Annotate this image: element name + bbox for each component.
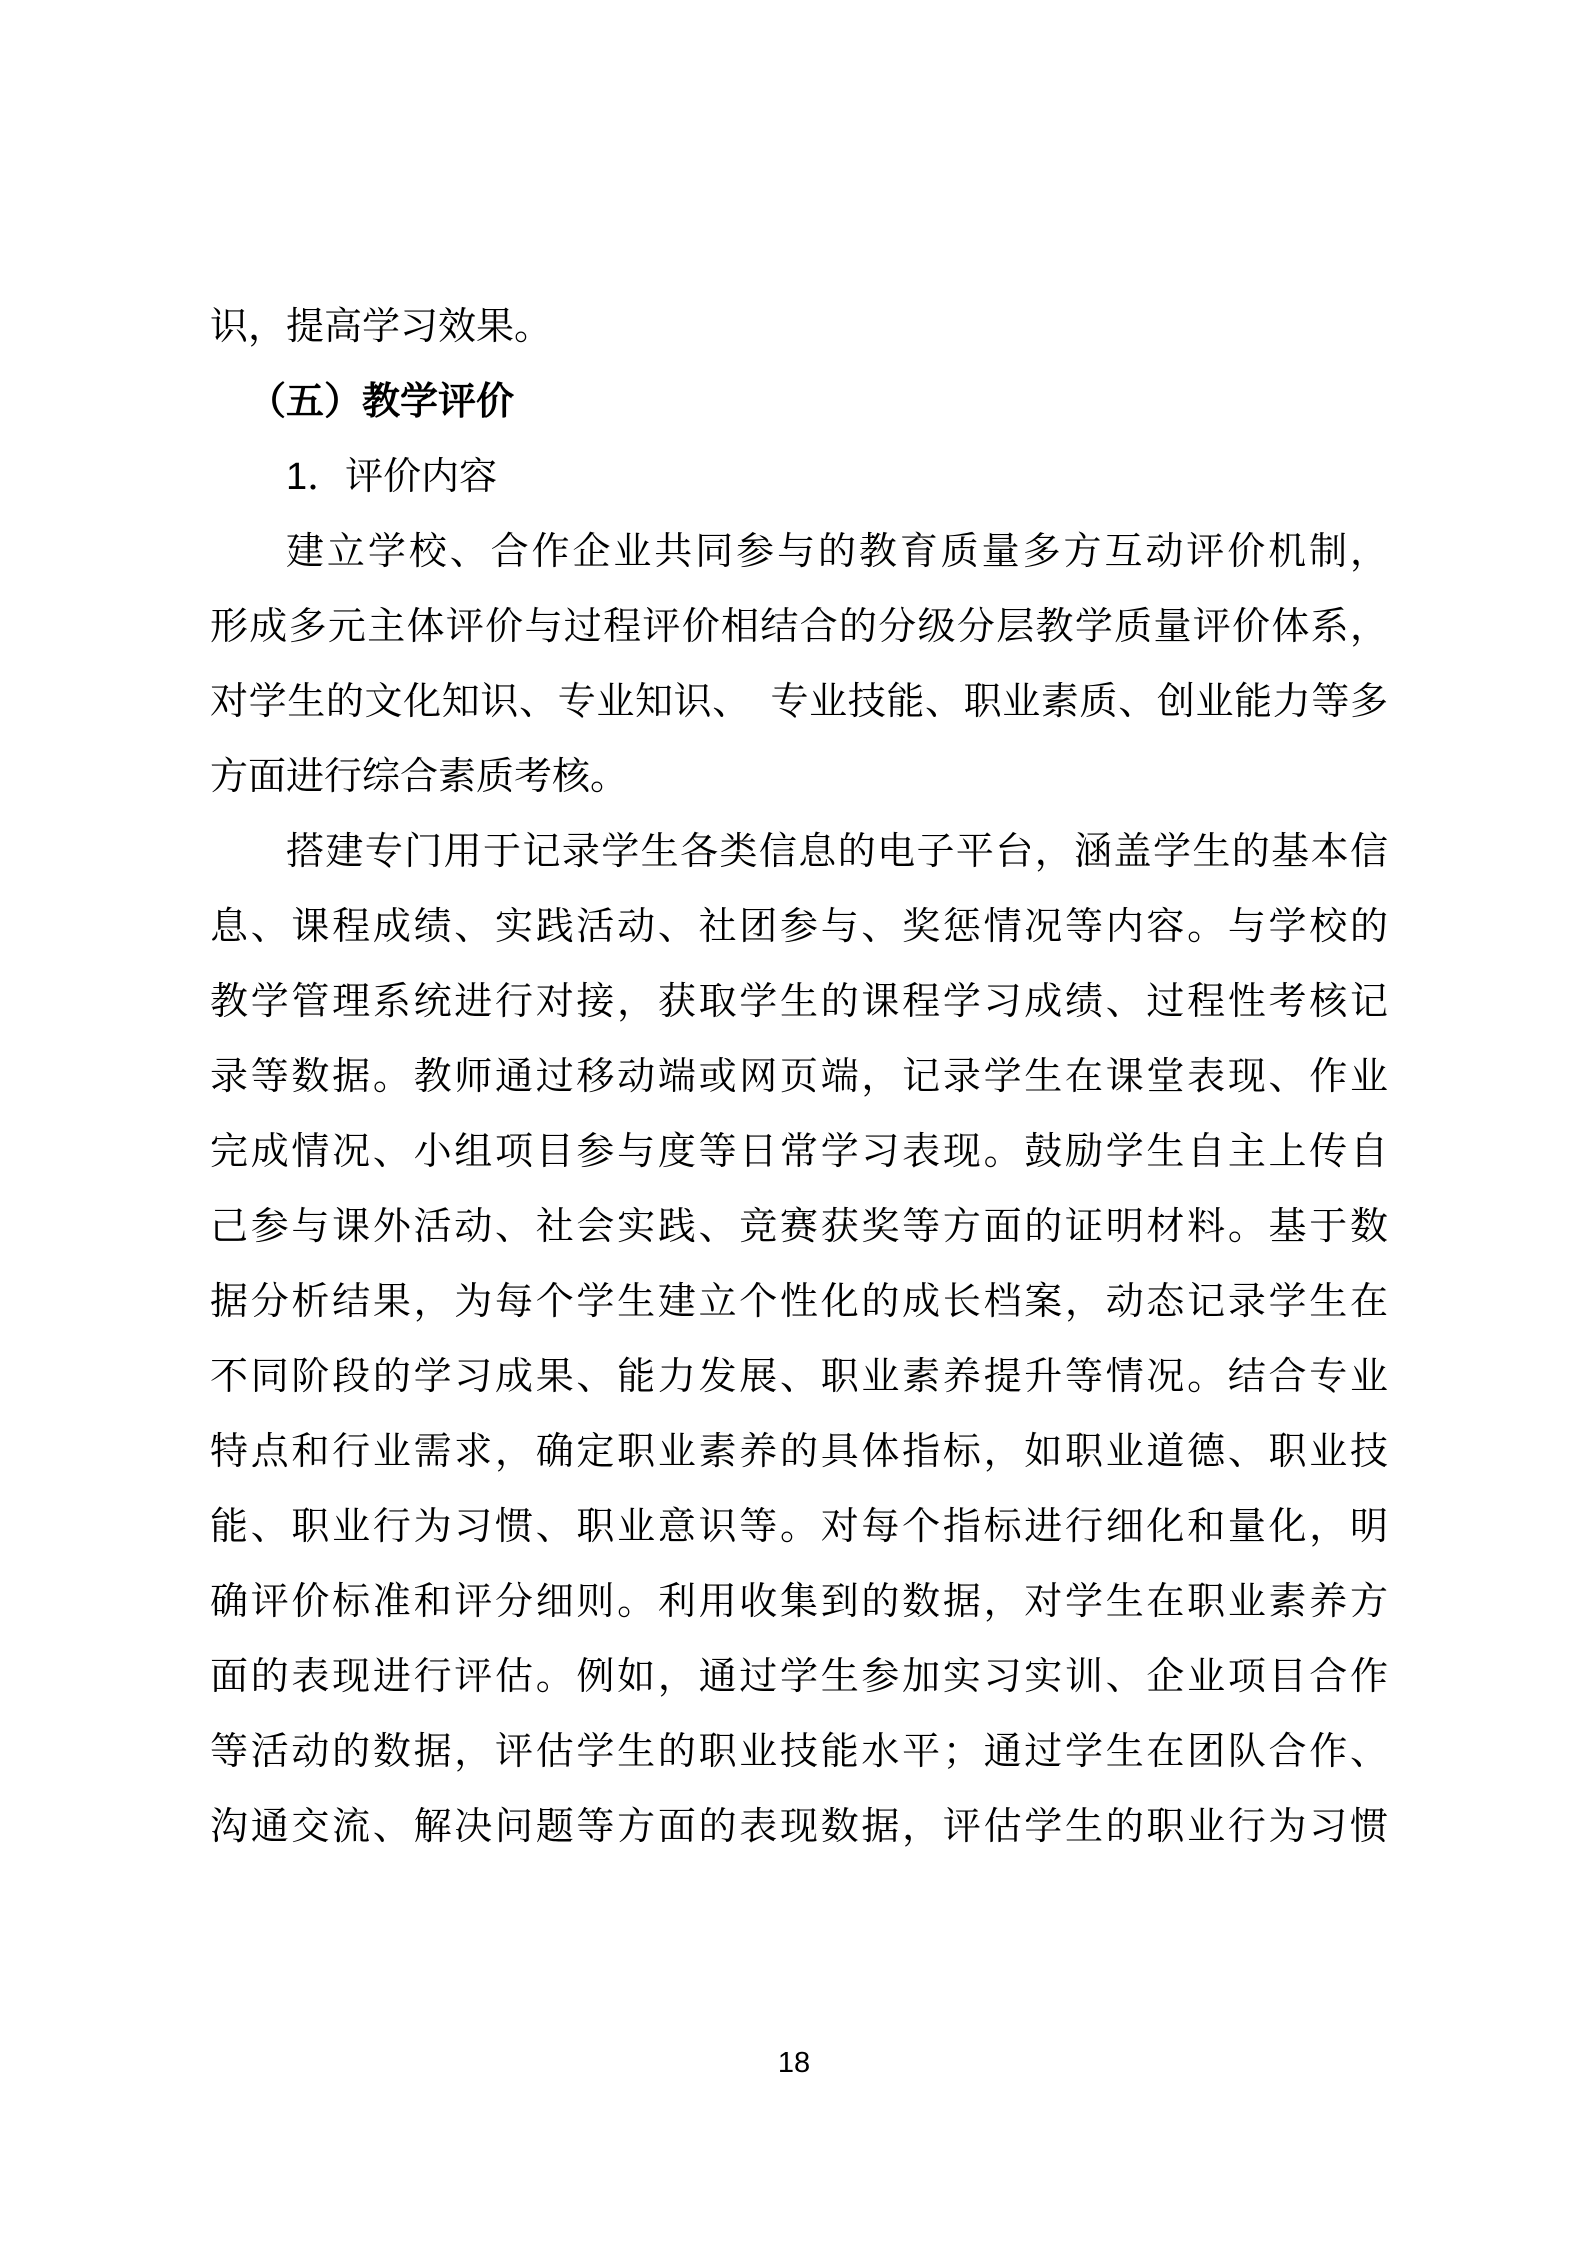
text-line: 能、职业行为习惯、职业意识等。对每个指标进行细化和量化，明: [210, 1490, 1388, 1565]
section-heading: （五）教学评价: [210, 365, 1388, 440]
text-line: 方面进行综合素质考核。: [210, 740, 1388, 815]
text-line: 识，提高学习效果。: [210, 290, 1388, 365]
document-body: 识，提高学习效果。 （五）教学评价 1．评价内容 建立学校、合作企业共同参与的教…: [210, 290, 1388, 1865]
text-line: 沟通交流、解决问题等方面的表现数据，评估学生的职业行为习惯: [210, 1790, 1388, 1865]
text-line: 等活动的数据，评估学生的职业技能水平；通过学生在团队合作、: [210, 1715, 1388, 1790]
text-line: 对学生的文化知识、专业知识、 专业技能、职业素质、创业能力等多: [210, 665, 1388, 740]
text-line: 面的表现进行评估。例如，通过学生参加实习实训、企业项目合作: [210, 1640, 1388, 1715]
text-line: 特点和行业需求，确定职业素养的具体指标，如职业道德、职业技: [210, 1415, 1388, 1490]
text-line: 录等数据。教师通过移动端或网页端，记录学生在课堂表现、作业: [210, 1040, 1388, 1115]
document-page: 识，提高学习效果。 （五）教学评价 1．评价内容 建立学校、合作企业共同参与的教…: [0, 0, 1588, 2245]
text-line: 完成情况、小组项目参与度等日常学习表现。鼓励学生自主上传自: [210, 1115, 1388, 1190]
text-line: 教学管理系统进行对接，获取学生的课程学习成绩、过程性考核记: [210, 965, 1388, 1040]
text-line: 己参与课外活动、社会实践、竞赛获奖等方面的证明材料。基于数: [210, 1190, 1388, 1265]
text-line: 建立学校、合作企业共同参与的教育质量多方互动评价机制，: [210, 515, 1388, 590]
text-line: 不同阶段的学习成果、能力发展、职业素养提升等情况。结合专业: [210, 1340, 1388, 1415]
text-line: 形成多元主体评价与过程评价相结合的分级分层教学质量评价体系，: [210, 590, 1388, 665]
page-number: 18: [0, 2045, 1588, 2081]
text-line: 搭建专门用于记录学生各类信息的电子平台，涵盖学生的基本信: [210, 815, 1388, 890]
subsection-heading: 1．评价内容: [210, 440, 1388, 515]
text-line: 确评价标准和评分细则。利用收集到的数据，对学生在职业素养方: [210, 1565, 1388, 1640]
text-line: 据分析结果，为每个学生建立个性化的成长档案，动态记录学生在: [210, 1265, 1388, 1340]
text-line: 息、课程成绩、实践活动、社团参与、奖惩情况等内容。与学校的: [210, 890, 1388, 965]
